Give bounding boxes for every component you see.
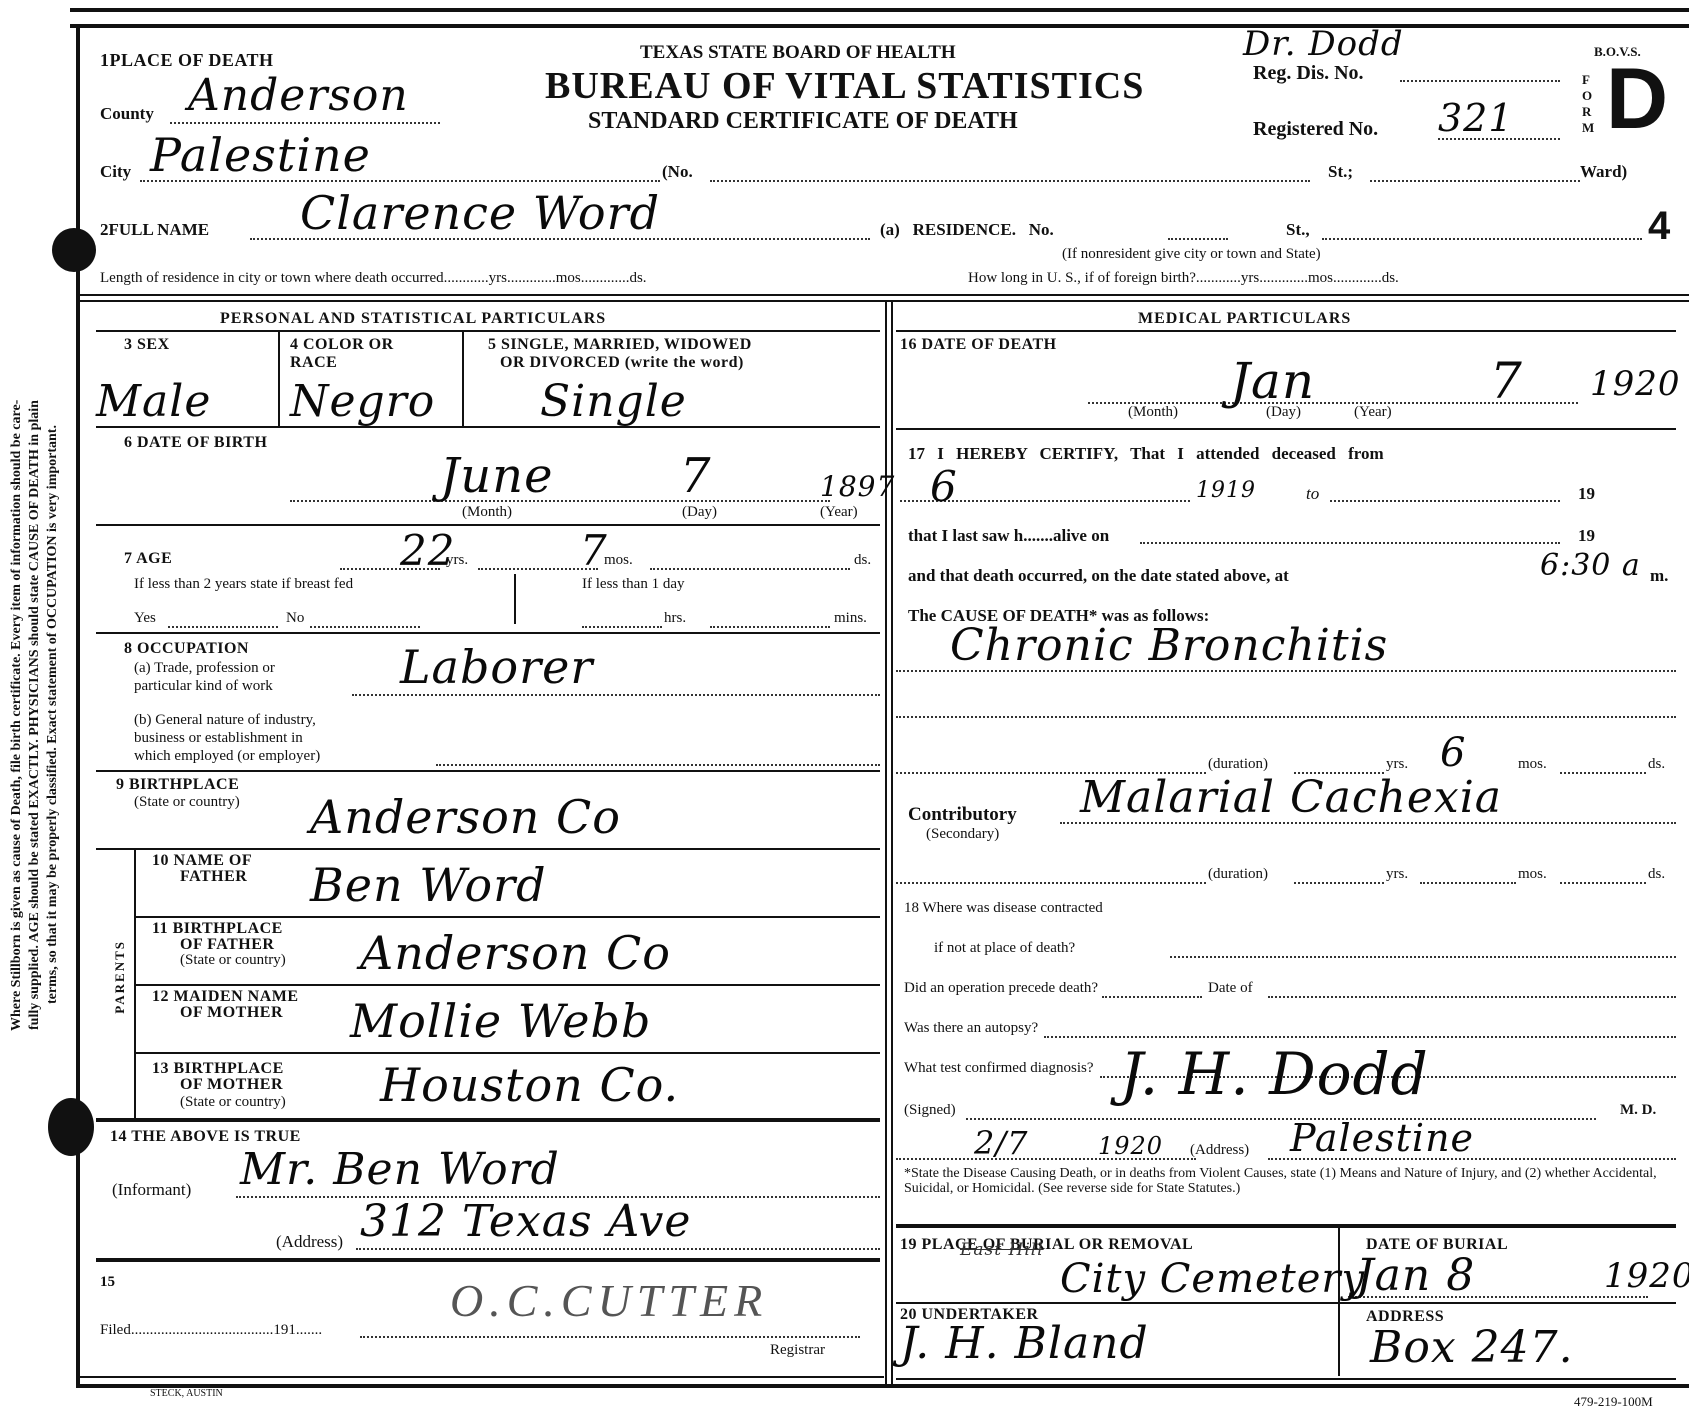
autopsy-question: Was there an autopsy? — [904, 1020, 1038, 1037]
residence-note: (If nonresident give city or town and St… — [1062, 246, 1321, 263]
test-question: What test confirmed diagnosis? — [904, 1060, 1094, 1077]
physician-address-label: (Address) — [1190, 1142, 1249, 1159]
signature-line — [966, 1118, 1596, 1120]
q18-answer-line — [1170, 956, 1676, 958]
city-value: Palestine — [150, 128, 371, 182]
occupation-b-line2: business or establishment in — [134, 730, 303, 747]
divider — [76, 294, 1689, 296]
last-saw-year: 19 — [1578, 526, 1595, 546]
sign-date-value: 2/7 — [974, 1124, 1029, 1162]
place-of-death-label: 1PLACE OF DEATH — [100, 50, 274, 71]
mother-birthplace-label-3: (State or country) — [180, 1094, 286, 1111]
reg-dis-value: Dr. Dodd — [1243, 24, 1404, 64]
hrs-line — [582, 626, 662, 628]
occupation-b-line1: (b) General nature of industry, — [134, 712, 316, 729]
divider — [96, 632, 880, 634]
breast-fed-no: No — [286, 610, 304, 627]
divider — [96, 1118, 880, 1122]
margin-note-line-1: Where Stillborn is given as cause of Dea… — [8, 100, 25, 1330]
year-caption: (Year) — [820, 504, 858, 521]
undertaker-value: J. H. Bland — [900, 1318, 1149, 1369]
age-mos-label: mos. — [604, 552, 633, 569]
duration-mos-value: 6 — [1440, 730, 1466, 776]
duration-ds-label: ds. — [1648, 756, 1665, 773]
residence-st-line — [1322, 238, 1642, 240]
street-line — [710, 180, 1310, 182]
column-divider — [885, 300, 887, 1235]
time-of-death-value: 6:30 a — [1540, 548, 1641, 583]
street-no-label: (No. — [662, 162, 693, 182]
month-caption: (Month) — [462, 504, 512, 521]
no-line — [310, 626, 420, 628]
father-label-2: FATHER — [180, 868, 247, 886]
marital-label-1: 5 SINGLE, MARRIED, WIDOWED — [488, 336, 752, 354]
printer-mark: STECK, AUSTIN — [150, 1388, 223, 1399]
undertaker-address-value: Box 247. — [1370, 1322, 1574, 1373]
dod-month: Jan — [1230, 352, 1315, 410]
color-label: 4 COLOR OR RACE — [290, 336, 440, 372]
contrib-yrs-line — [1294, 882, 1384, 884]
mother-name-value: Mollie Webb — [350, 994, 651, 1048]
burial-year-value: 1920 — [1604, 1256, 1689, 1296]
father-birthplace-value: Anderson Co — [360, 926, 671, 980]
dod-year: 1920 — [1590, 364, 1681, 404]
contrib-duration-label: (duration) — [1208, 866, 1268, 883]
operation-date-line — [1268, 996, 1676, 998]
divider — [96, 330, 880, 332]
birthplace-sub: (State or country) — [134, 794, 240, 811]
sign-year-value: 1920 — [1098, 1132, 1163, 1160]
dob-label: 6 DATE OF BIRTH — [124, 434, 267, 452]
divider — [136, 1052, 880, 1054]
left-border — [76, 24, 80, 1384]
reg-dis-line — [1400, 80, 1560, 82]
dod-day: 7 — [1490, 352, 1523, 410]
parents-label: PARENTS — [112, 940, 128, 1014]
county-value: Anderson — [188, 70, 409, 121]
signed-label: (Signed) — [904, 1102, 956, 1119]
contrib-duration-line — [896, 882, 1206, 884]
father-birthplace-label-3: (State or country) — [180, 952, 286, 969]
divider — [514, 574, 516, 624]
top-border — [70, 8, 1689, 12]
burial-place-label: 19 PLACE OF BURIAL OR REMOVAL — [900, 1236, 1193, 1254]
full-name-label: 2FULL NAME — [100, 220, 209, 240]
contributory-label: Contributory — [908, 804, 1017, 826]
occupation-a-line2: particular kind of work — [134, 678, 273, 695]
residence-label: (a) RESIDENCE. No. — [880, 220, 1054, 240]
bottom-border — [76, 1384, 1689, 1388]
divider — [891, 1226, 893, 1384]
mother-label-2: OF MOTHER — [180, 1004, 283, 1022]
full-name-value: Clarence Word — [300, 186, 660, 240]
ink-blot — [52, 228, 96, 272]
physician-address-value: Palestine — [1290, 1116, 1474, 1160]
divider — [885, 1226, 887, 1384]
mins-line — [710, 626, 830, 628]
attended-from-year: 1919 — [1196, 478, 1256, 503]
divider — [896, 428, 1676, 430]
filed-label: Filed...................................… — [100, 1322, 322, 1339]
residence-no-line — [1168, 238, 1228, 240]
mother-birthplace-label-2: OF MOTHER — [180, 1076, 283, 1094]
age-ds-label: ds. — [854, 552, 871, 569]
length-of-residence: Length of residence in city or town wher… — [100, 270, 647, 287]
dod-label: 16 DATE OF DEATH — [900, 336, 1057, 354]
to-label: to — [1306, 484, 1319, 504]
occupation-a-line — [352, 694, 880, 696]
duration-ds-line — [1560, 772, 1646, 774]
operation-date-label: Date of — [1208, 980, 1253, 997]
breast-fed-yes: Yes — [134, 610, 156, 627]
informant-address-label: (Address) — [276, 1232, 343, 1252]
occupation-b-line — [436, 764, 880, 766]
divider — [896, 1224, 1676, 1228]
color-value: Negro — [290, 376, 435, 427]
time-suffix: m. — [1650, 566, 1668, 586]
birthplace-label: 9 BIRTHPLACE — [116, 776, 239, 794]
residence-st-label: St., — [1286, 220, 1310, 240]
contrib-yrs-label: yrs. — [1386, 866, 1408, 883]
divider — [96, 770, 880, 772]
registrar-line — [360, 1336, 860, 1338]
form-label: FORM — [1582, 72, 1596, 136]
birthplace-value: Anderson Co — [310, 790, 621, 844]
contrib-ds-label: ds. — [1648, 866, 1665, 883]
form-letter: D — [1606, 56, 1668, 142]
cause-of-death-value: Chronic Bronchitis — [950, 620, 1388, 671]
sex-label: 3 SEX — [124, 336, 170, 354]
occupation-a-value: Laborer — [400, 640, 593, 694]
burial-place-struck: East Hill — [960, 1240, 1044, 1260]
q18-line2: if not at place of death? — [934, 940, 1075, 957]
day-caption: (Day) — [682, 504, 717, 521]
divider — [96, 1258, 880, 1262]
burial-date-value: Jan 8 — [1356, 1250, 1475, 1301]
informant-value: Mr. Ben Word — [240, 1144, 560, 1195]
operation-answer-line — [1102, 996, 1202, 998]
last-saw-text: that I last saw h.......alive on — [908, 526, 1109, 546]
cause-footnote: *State the Disease Causing Death, or in … — [904, 1166, 1674, 1196]
occupation-b-line3: which employed (or employer) — [134, 748, 320, 765]
divider — [278, 332, 280, 426]
age-days-line — [650, 568, 850, 570]
marital-value: Single — [540, 376, 687, 427]
dod-day-caption: (Day) — [1266, 404, 1301, 421]
divider — [96, 848, 880, 850]
occupation-a-line1: (a) Trade, profession or — [134, 660, 275, 677]
informant-address-line — [356, 1248, 880, 1250]
md-label: M. D. — [1620, 1102, 1656, 1119]
yes-line — [168, 626, 278, 628]
hrs-label: hrs. — [664, 610, 686, 627]
marital-label-2: OR DIVORCED (write the word) — [500, 354, 744, 372]
contrib-mos-line — [1420, 882, 1516, 884]
q18-line1: 18 Where was disease contracted — [904, 900, 1103, 917]
top-border-inner — [70, 24, 1689, 28]
ink-blot — [48, 1098, 94, 1156]
margin-note-line-2: fully supplied. AGE should be stated EXA… — [26, 100, 43, 1330]
dob-year: 1897 — [820, 470, 895, 503]
dod-month-caption: (Month) — [1128, 404, 1178, 421]
informant-label: (Informant) — [112, 1180, 191, 1200]
divider — [136, 916, 880, 918]
item-15-label: 15 — [100, 1274, 115, 1291]
certify-text: 17 I HEREBY CERTIFY, That I attended dec… — [908, 444, 1384, 464]
breast-fed-label: If less than 2 years state if breast fed — [134, 576, 353, 593]
bureau-title: BUREAU OF VITAL STATISTICS — [545, 64, 1144, 108]
contrib-ds-line — [1560, 882, 1646, 884]
city-label: City — [100, 162, 131, 182]
divider — [136, 984, 880, 986]
operation-question: Did an operation precede death? — [904, 980, 1098, 997]
divider — [896, 1378, 1676, 1380]
board-title: TEXAS STATE BOARD OF HEALTH — [640, 42, 956, 64]
registrar-stamp: O.C.CUTTER — [450, 1274, 768, 1327]
informant-address-value: 312 Texas Ave — [360, 1196, 691, 1247]
age-label: 7 AGE — [124, 550, 172, 568]
less-than-day-label: If less than 1 day — [582, 576, 684, 593]
to-line — [1330, 500, 1560, 502]
street-st-label: St.; — [1328, 162, 1353, 182]
dod-year-caption: (Year) — [1354, 404, 1392, 421]
contrib-mos-label: mos. — [1518, 866, 1547, 883]
divider — [76, 1376, 884, 1378]
ward-line — [1370, 180, 1580, 182]
personal-section-title: PERSONAL AND STATISTICAL PARTICULARS — [220, 310, 606, 328]
burial-place-value: City Cemetery — [1060, 1256, 1365, 1302]
attended-from-value: 6 — [930, 462, 958, 511]
duration-yrs-label: yrs. — [1386, 756, 1408, 773]
age-yrs-label: yrs. — [446, 552, 468, 569]
to-year: 19 — [1578, 484, 1595, 504]
divider — [96, 524, 880, 526]
column-divider — [891, 300, 893, 1235]
medical-section-title: MEDICAL PARTICULARS — [1138, 310, 1351, 328]
secondary-label: (Secondary) — [926, 826, 999, 843]
dob-month: June — [440, 448, 553, 504]
divider — [96, 426, 880, 428]
contributory-value: Malarial Cachexia — [1080, 772, 1502, 823]
physician-signature: J. H. Dodd — [1120, 1040, 1429, 1108]
mins-label: mins. — [834, 610, 867, 627]
form-code: 479-219-100M — [1574, 1394, 1653, 1410]
dob-line — [290, 500, 830, 502]
divider — [462, 332, 464, 426]
reg-dis-label: Reg. Dis. No. — [1253, 62, 1364, 85]
registered-label: Registered No. — [1253, 118, 1378, 141]
registrar-label: Registrar — [770, 1342, 825, 1359]
last-saw-line — [1140, 542, 1560, 544]
parents-divider — [134, 848, 136, 1118]
divider — [76, 300, 1689, 302]
county-line — [170, 122, 440, 124]
divider — [896, 1302, 1676, 1304]
county-label: County — [100, 104, 154, 124]
ward-label: Ward) — [1580, 162, 1627, 182]
autopsy-answer-line — [1044, 1036, 1676, 1038]
occupation-label: 8 OCCUPATION — [124, 640, 249, 658]
mother-birthplace-value: Houston Co. — [380, 1058, 679, 1112]
registered-value: 321 — [1438, 96, 1514, 140]
ward-value: 4 — [1648, 204, 1670, 249]
certificate-title: STANDARD CERTIFICATE OF DEATH — [588, 108, 1018, 135]
duration-label: (duration) — [1208, 756, 1268, 773]
sex-value: Male — [96, 376, 211, 427]
divider — [896, 330, 1676, 332]
father-name-value: Ben Word — [310, 858, 547, 912]
duration-mos-label: mos. — [1518, 756, 1547, 773]
death-occurred-text: and that death occurred, on the date sta… — [908, 566, 1289, 586]
cause-line-2 — [896, 716, 1676, 718]
how-long-in-us: How long in U. S., if of foreign birth?.… — [968, 270, 1399, 287]
dob-day: 7 — [680, 448, 712, 504]
